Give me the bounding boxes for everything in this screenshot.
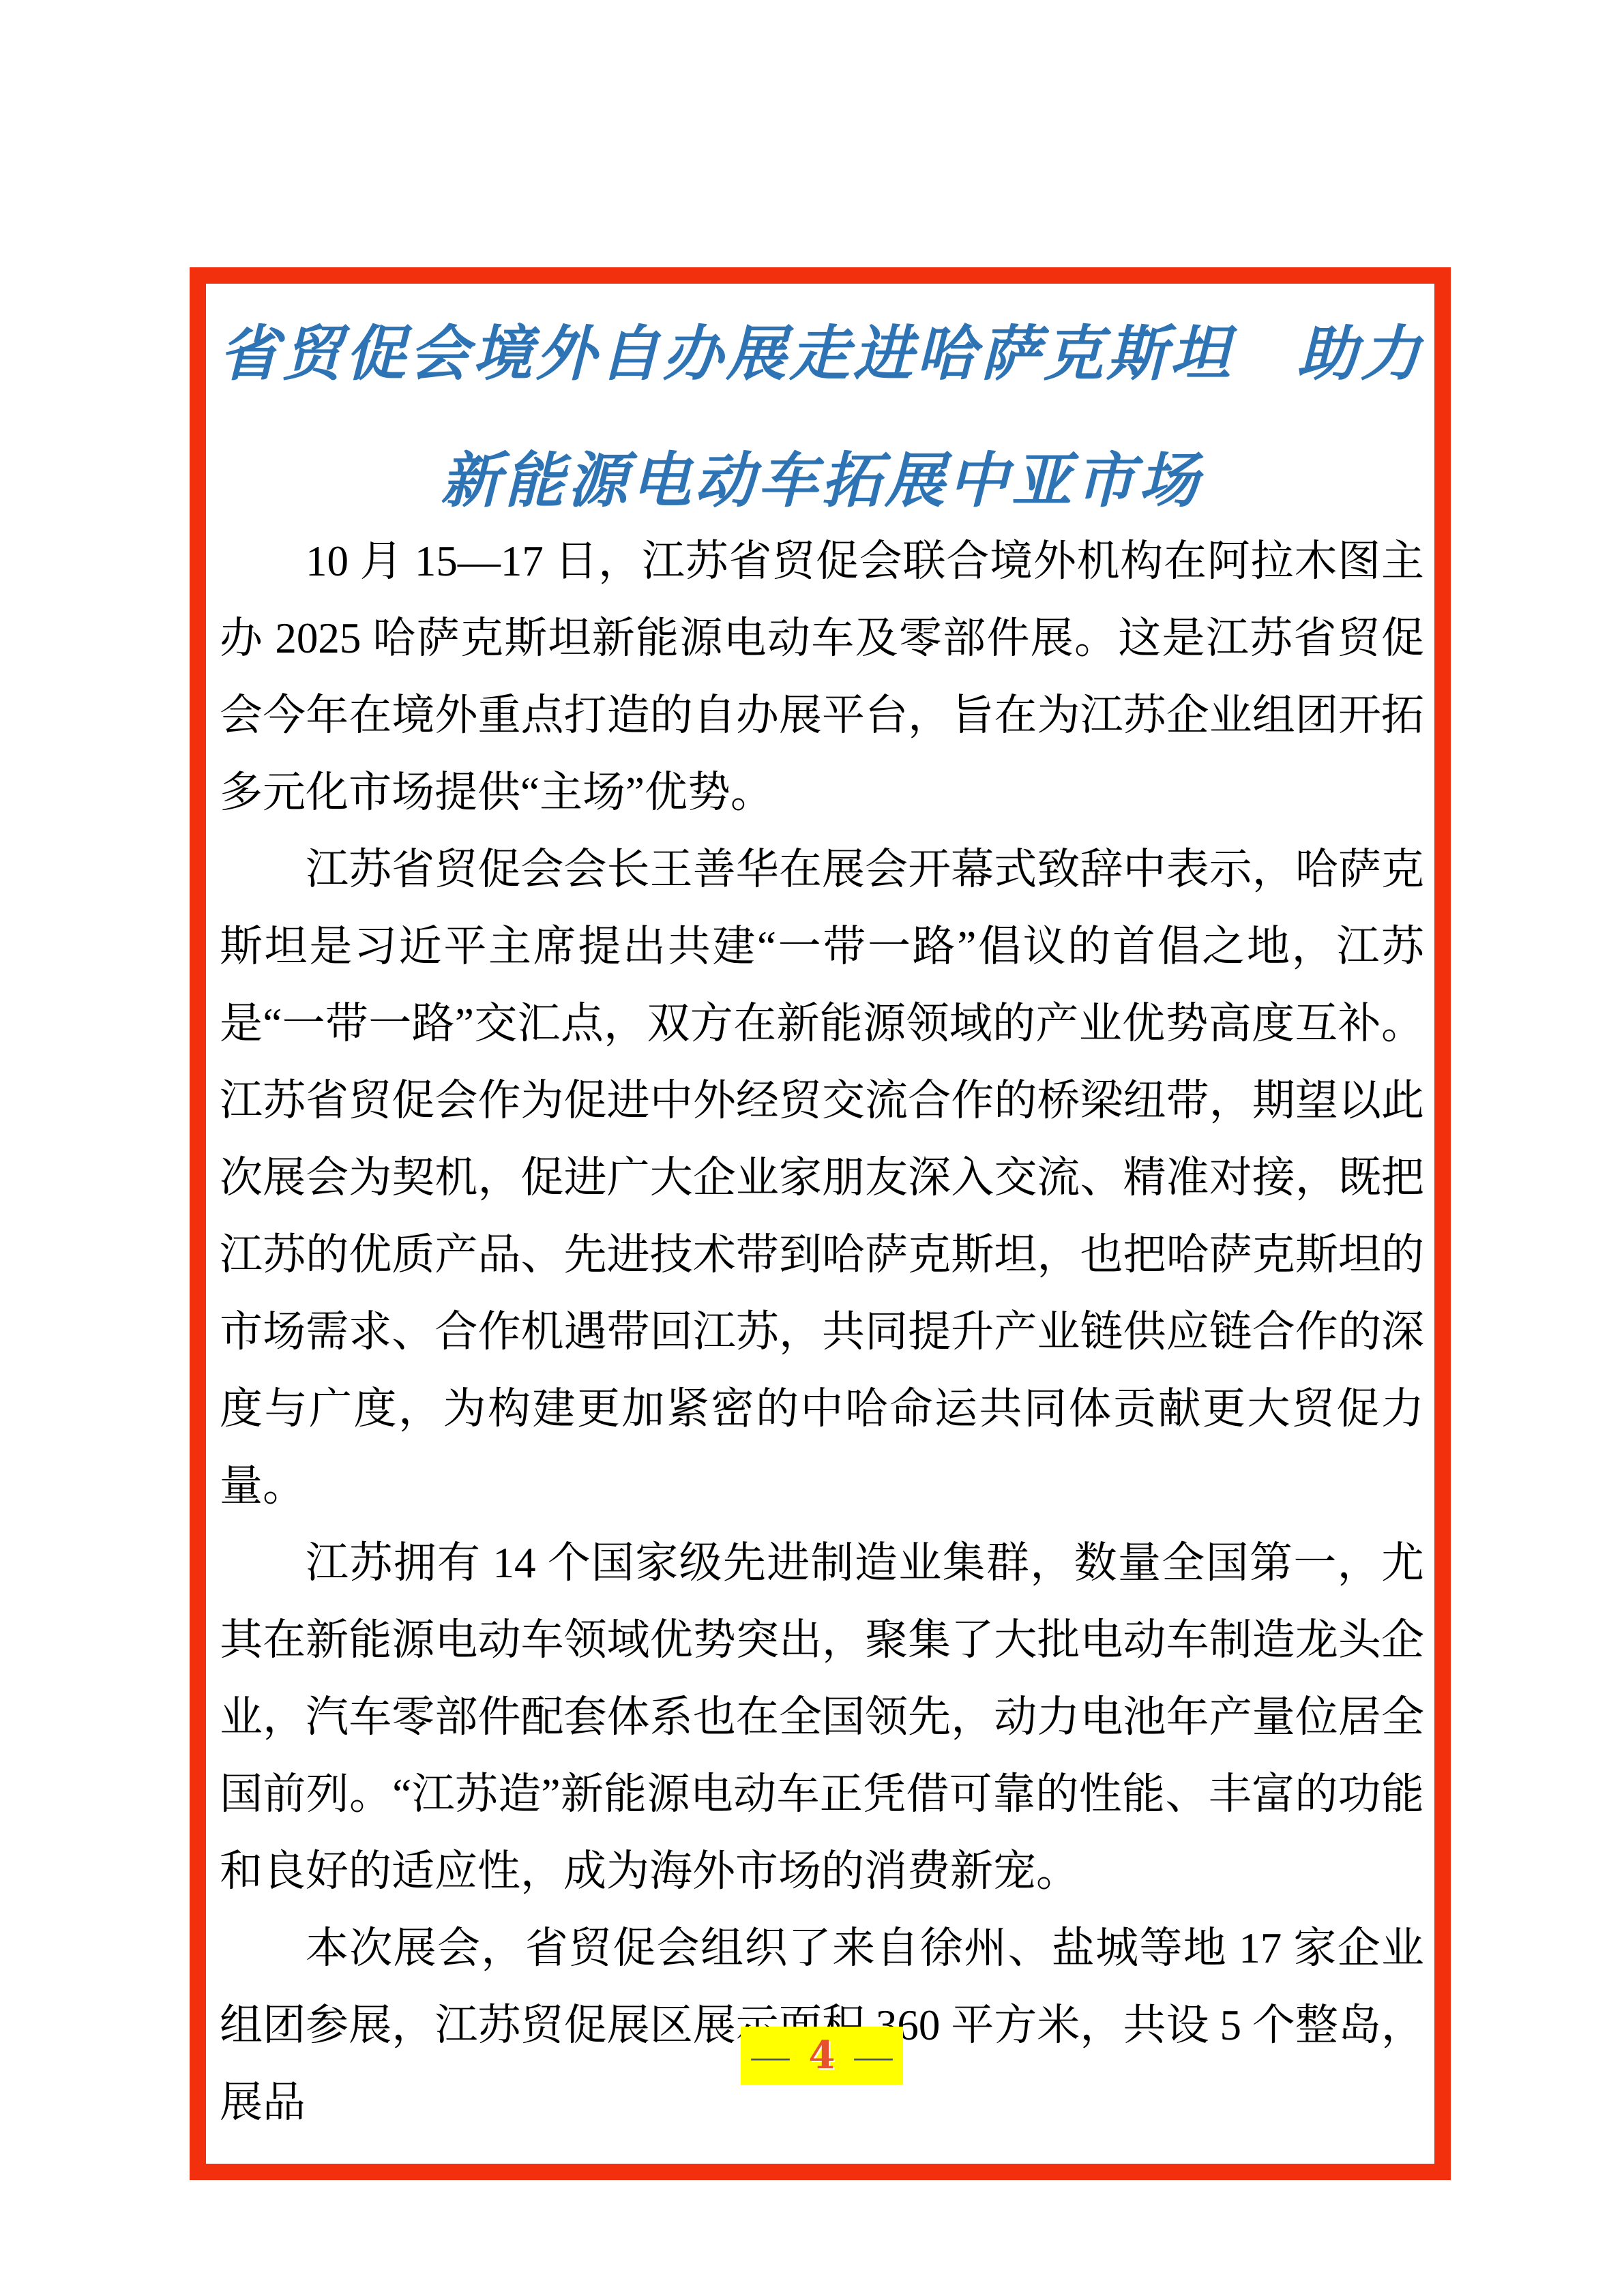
footer-dash-left: — (752, 2035, 790, 2077)
footer-dash-right: — (854, 2035, 892, 2077)
page-number: 4 (809, 2033, 836, 2078)
page-number-highlight: — 4 — (741, 2027, 904, 2085)
page-footer: — 4 — (220, 2027, 1424, 2085)
paragraph-2: 江苏省贸促会会长王善华在展会开幕式致辞中表示，哈萨克斯坦是习近平主席提出共建“一… (220, 831, 1424, 1525)
document-page: 省贸促会境外自办展走进哈萨克斯坦 助力 新能源电动车拓展中亚市场 10 月 15… (0, 0, 1624, 2296)
paragraph-1: 10 月 15—17 日，江苏省贸促会联合境外机构在阿拉木图主办 2025 哈萨… (220, 523, 1424, 831)
document-title: 省贸促会境外自办展走进哈萨克斯坦 助力 新能源电动车拓展中亚市场 (210, 290, 1432, 543)
paragraph-4: 本次展会，省贸促会组织了来自徐州、盐城等地 17 家企业组团参展，江苏贸促展区展… (220, 1910, 1424, 2141)
article-body: 10 月 15—17 日，江苏省贸促会联合境外机构在阿拉木图主办 2025 哈萨… (220, 523, 1424, 2141)
title-line-1: 省贸促会境外自办展走进哈萨克斯坦 助力 (210, 290, 1432, 417)
paragraph-3: 江苏拥有 14 个国家级先进制造业集群，数量全国第一，尤其在新能源电动车领域优势… (220, 1525, 1424, 1910)
